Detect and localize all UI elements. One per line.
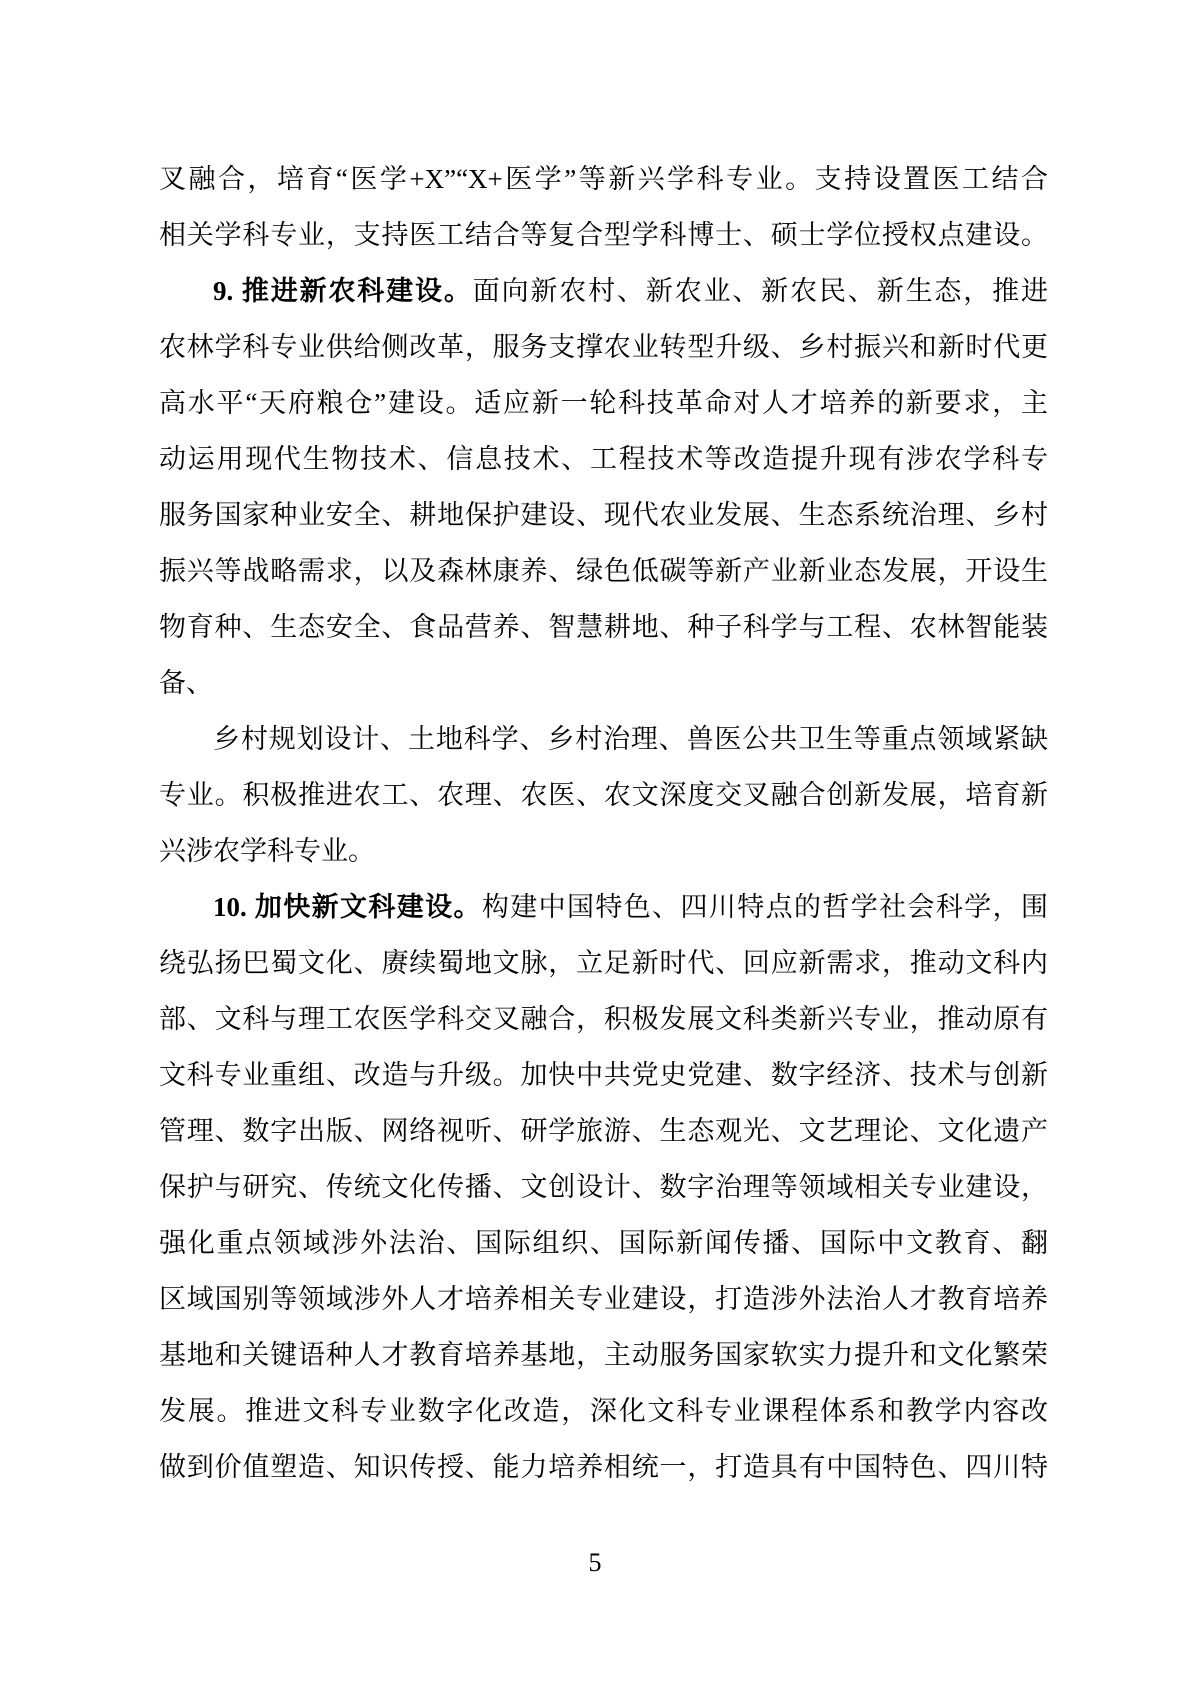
text-line: 振兴等战略需求，以及森林康养、绿色低碳等新产业新业态发展，开设生 [159, 543, 1048, 599]
text-line: 相关学科专业，支持医工结合等复合型学科博士、硕士学位授权点建设。 [159, 207, 1048, 263]
text-line: 区域国别等领域涉外人才培养相关专业建设，打造涉外法治人才教育培养 [159, 1271, 1048, 1327]
body-text: 叉融合，培育“医学+X”“X+医学”等新兴学科专业。支持设置医工结合 [159, 164, 1048, 194]
text-line: 乡村规划设计、土地科学、乡村治理、兽医公共卫生等重点领域紧缺 [159, 711, 1048, 767]
body-text: 管理、数字出版、网络视听、研学旅游、生态观光、文艺理论、文化遗产 [159, 1116, 1048, 1146]
body-text: 强化重点领域涉外法治、国际组织、国际新闻传播、国际中文教育、翻译、 [159, 1228, 1048, 1271]
text-line: 发展。推进文科专业数字化改造，深化文科专业课程体系和教学内容改革， [159, 1383, 1048, 1439]
document-page: 叉融合，培育“医学+X”“X+医学”等新兴学科专业。支持设置医工结合相关学科专业… [0, 0, 1190, 1682]
body-text: 绕弘扬巴蜀文化、赓续蜀地文脉，立足新时代、回应新需求，推动文科内 [159, 948, 1048, 978]
text-line: 管理、数字出版、网络视听、研学旅游、生态观光、文艺理论、文化遗产 [159, 1103, 1048, 1159]
text-line: 农林学科专业供给侧改革，服务支撑农业转型升级、乡村振兴和新时代更 [159, 319, 1048, 375]
body-text: 专业。积极推进农工、农理、农医、农文深度交叉融合创新发展，培育新 [159, 780, 1048, 810]
body-text: 保护与研究、传统文化传播、文创设计、数字治理等领域相关专业建设， [159, 1172, 1048, 1202]
text-line: 绕弘扬巴蜀文化、赓续蜀地文脉，立足新时代、回应新需求，推动文科内 [159, 935, 1048, 991]
heading-text: 9. 推进新农科建设。 [213, 276, 473, 306]
heading-text: 10. 加快新文科建设。 [213, 892, 482, 922]
page-number: 5 [0, 1548, 1190, 1578]
text-line: 基地和关键语种人才教育培养基地，主动服务国家软实力提升和文化繁荣 [159, 1327, 1048, 1383]
document-body: 叉融合，培育“医学+X”“X+医学”等新兴学科专业。支持设置医工结合相关学科专业… [159, 151, 1048, 1495]
text-line: 服务国家种业安全、耕地保护建设、现代农业发展、生态系统治理、乡村 [159, 487, 1048, 543]
text-line: 动运用现代生物技术、信息技术、工程技术等改造提升现有涉农学科专业。 [159, 431, 1048, 487]
text-line: 兴涉农学科专业。 [159, 823, 1048, 879]
body-text: 物育种、生态安全、食品营养、智慧耕地、种子科学与工程、农林智能装 [159, 612, 1048, 642]
text-line: 部、文科与理工农医学科交叉融合，积极发展文科类新兴专业，推动原有 [159, 991, 1048, 1047]
text-line: 高水平“天府粮仓”建设。适应新一轮科技革命对人才培养的新要求，主 [159, 375, 1048, 431]
body-text: 农林学科专业供给侧改革，服务支撑农业转型升级、乡村振兴和新时代更 [159, 332, 1048, 362]
body-text: 服务国家种业安全、耕地保护建设、现代农业发展、生态系统治理、乡村 [159, 500, 1048, 530]
body-text: 区域国别等领域涉外人才培养相关专业建设，打造涉外法治人才教育培养 [159, 1284, 1048, 1314]
body-text: 乡村规划设计、土地科学、乡村治理、兽医公共卫生等重点领域紧缺 [213, 724, 1048, 754]
text-line: 专业。积极推进农工、农理、农医、农文深度交叉融合创新发展，培育新 [159, 767, 1048, 823]
body-text: 相关学科专业，支持医工结合等复合型学科博士、硕士学位授权点建设。 [159, 220, 1048, 250]
body-text: 备、 [159, 668, 213, 698]
body-text: 构建中国特色、四川特点的哲学社会科学，围 [482, 892, 1048, 922]
text-line: 物育种、生态安全、食品营养、智慧耕地、种子科学与工程、农林智能装 [159, 599, 1048, 655]
body-text: 面向新农村、新农业、新农民、新生态，推进 [473, 276, 1048, 306]
text-line: 叉融合，培育“医学+X”“X+医学”等新兴学科专业。支持设置医工结合 [159, 151, 1048, 207]
text-line: 10. 加快新文科建设。构建中国特色、四川特点的哲学社会科学，围 [159, 879, 1048, 935]
text-line: 强化重点领域涉外法治、国际组织、国际新闻传播、国际中文教育、翻译、 [159, 1215, 1048, 1271]
text-line: 9. 推进新农科建设。面向新农村、新农业、新农民、新生态，推进 [159, 263, 1048, 319]
body-text: 文科专业重组、改造与升级。加快中共党史党建、数字经济、技术与创新 [159, 1060, 1048, 1090]
body-text: 兴涉农学科专业。 [159, 836, 375, 866]
body-text: 基地和关键语种人才教育培养基地，主动服务国家软实力提升和文化繁荣 [159, 1340, 1048, 1370]
text-line: 备、 [159, 655, 1048, 711]
body-text: 振兴等战略需求，以及森林康养、绿色低碳等新产业新业态发展，开设生 [159, 556, 1048, 586]
text-line: 做到价值塑造、知识传授、能力培养相统一，打造具有中国特色、四川特 [159, 1439, 1048, 1495]
text-line: 文科专业重组、改造与升级。加快中共党史党建、数字经济、技术与创新 [159, 1047, 1048, 1103]
body-text: 发展。推进文科专业数字化改造，深化文科专业课程体系和教学内容改革， [159, 1396, 1048, 1439]
body-text: 部、文科与理工农医学科交叉融合，积极发展文科类新兴专业，推动原有 [159, 1004, 1048, 1034]
body-text: 高水平“天府粮仓”建设。适应新一轮科技革命对人才培养的新要求，主 [159, 388, 1048, 418]
body-text: 动运用现代生物技术、信息技术、工程技术等改造提升现有涉农学科专业。 [159, 444, 1048, 487]
text-line: 保护与研究、传统文化传播、文创设计、数字治理等领域相关专业建设， [159, 1159, 1048, 1215]
body-text: 做到价值塑造、知识传授、能力培养相统一，打造具有中国特色、四川特 [159, 1452, 1048, 1482]
